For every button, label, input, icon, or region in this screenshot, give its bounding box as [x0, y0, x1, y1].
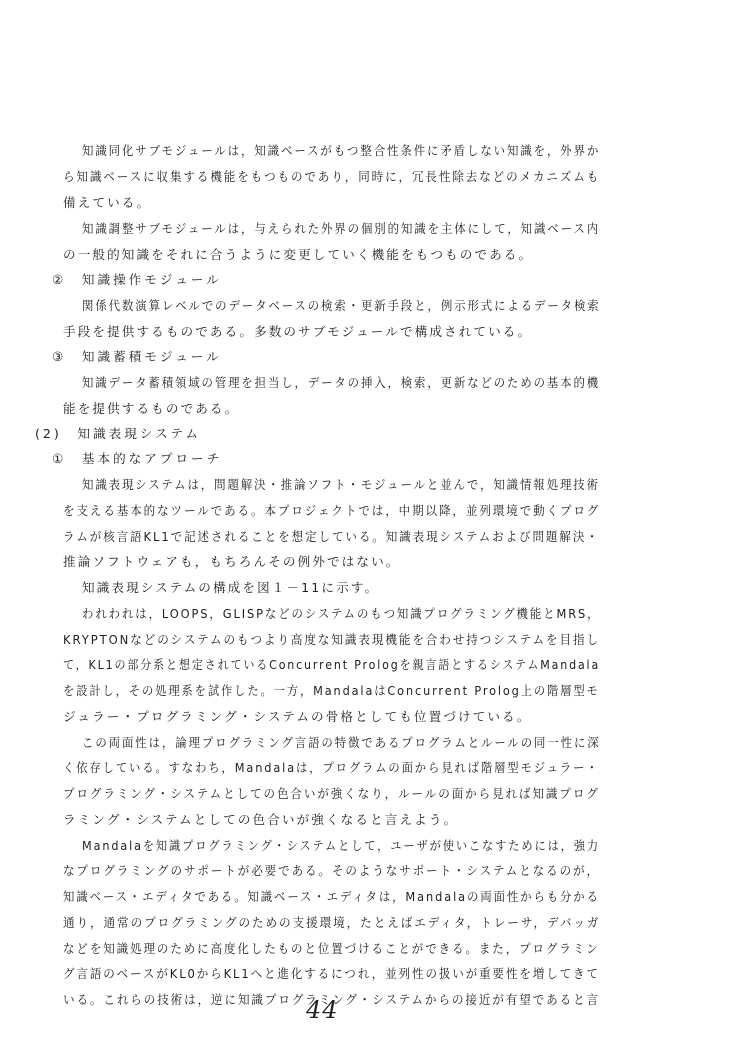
text-line: 能を提供するものである。: [63, 401, 239, 417]
text-line: KRYPTONなどのシステムのもつより高度な知識表現機能を合わせ持つシステムを目…: [63, 632, 600, 648]
text-line: を支える基本的なツールである。本プロジェクトでは，中期以降，並列環境で動くプログ: [63, 503, 600, 519]
section-heading: ③ 知識蓄積モジュール: [52, 349, 222, 365]
text-line: われわれは，LOOPS，GLISPなどのシステムのもつ知識プログラミング機能とM…: [82, 606, 600, 622]
text-line: プログラミング・システムとしての色合いが強くなり，ルールの面から見れば知識プログ: [63, 786, 600, 802]
text-line: 知識データ蓄積領域の管理を担当し，データの挿入，検索，更新などのための基本的機: [82, 375, 600, 391]
text-line: グ言語のベースがKL0からKL1へと進化するにつれ，並列性の扱いが重要性を増して…: [63, 966, 600, 982]
text-line: Mandalaを知識プログラミング・システムとして，ユーザが使いこなすためには，…: [82, 838, 600, 854]
text-line: ら知識ベースに収集する機能をもつものであり，同時に，冗長性除去などのメカニズムも: [63, 169, 600, 185]
text-line: を設計し，その処理系を試作した。一方，MandalaはConcurrent Pr…: [63, 683, 600, 699]
section-heading: ① 基本的なアプローチ: [52, 451, 222, 467]
text-line: 関係代数演算レベルでのデータベースの検索・更新手段と，例示形式によるデータ検索: [82, 298, 601, 314]
page-number: 44: [306, 996, 339, 1024]
text-line: この両面性は，論理プログラミング言語の特徴であるプログラムとルールの同一性に深: [82, 735, 601, 751]
text-line: ジュラー・プログラミング・システムの骨格としても位置づけている。: [63, 709, 531, 725]
section-heading: (2) 知識表現システム: [35, 426, 201, 442]
text-line: なプログラミングのサポートが必要である。そのようなサポート・システムとなるのが，: [63, 863, 600, 879]
text-line: 備えている。: [63, 195, 151, 211]
text-line: て，KL1の部分系と想定されているConcurrent Prologを親言語とす…: [63, 657, 600, 673]
document-page: 知識同化サブモジュールは，知識ベースがもつ整合性条件に矛盾しない知識を，外界から…: [0, 0, 750, 1054]
text-line: 知識ベース・エディタである。知識ベース・エディタは，Mandalaの両面性からも…: [63, 889, 600, 905]
text-line: ラミング・システムとしての色合いが強くなると言えよう。: [63, 812, 458, 828]
text-line: などを知識処理のために高度化したものと位置づけることができる。また，プログラミン: [63, 941, 600, 957]
text-line: ラムが核言語KL1で記述されることを想定している。知識表現システムおよび問題解決…: [63, 529, 600, 545]
text-line: の一般的知識をそれに合うように変更していく機能をもつものである。: [63, 247, 533, 263]
text-line: 手段を提供するものである。多数のサブモジュールで構成されている。: [63, 324, 532, 340]
text-line: く依存している。すなわち，Mandalaは，プログラムの面から見れば階層型モジュ…: [63, 760, 600, 776]
section-heading: ② 知識操作モジュール: [52, 272, 222, 288]
text-line: 知識同化サブモジュールは，知識ベースがもつ整合性条件に矛盾しない知識を，外界か: [82, 143, 600, 159]
text-line: 推論ソフトウェアも，もちろんその例外ではない。: [63, 554, 400, 570]
text-line: 知識表現システムの構成を図１－11に示す。: [82, 580, 379, 596]
text-line: 知識調整サブモジュールは，与えられた外界の個別的知識を主体にして，知識ベース内: [82, 221, 600, 237]
text-line: 知識表現システムは，問題解決・推論ソフト・モジュールと並んで，知識情報処理技術: [82, 477, 600, 493]
text-line: 通り，通常のプログラミングのための支援環境，たとえばエディタ，トレーサ，デバッガ: [63, 915, 600, 931]
